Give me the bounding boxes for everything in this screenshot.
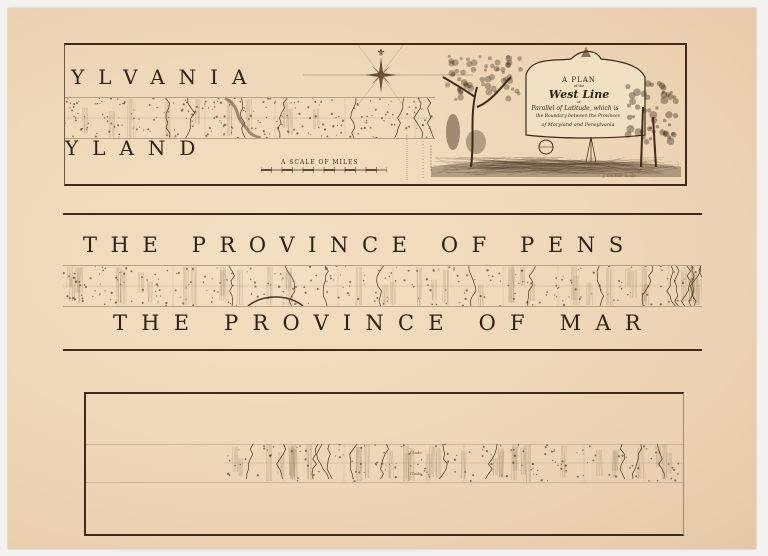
boundary-survey-strip [65,97,435,139]
lower-province-label: YLAND [65,136,209,160]
boundary-survey-strip: Glade Glade [224,444,683,482]
scale-title: A SCALE OF MILES [281,159,359,166]
boundary-survey-strip [63,265,702,307]
cartouche-line-6: the Boundary between the Provinces [515,115,641,120]
scale-bar [261,167,387,173]
glade-label: Glade [410,471,422,476]
svg-text:⚜: ⚜ [377,48,386,59]
upper-province-label: THE PROVINCE OF PENS [83,233,637,257]
map-sheet: YLVANIA ⚜ YLAND A SCALE OF MILES [8,8,756,549]
cartouche-line-7: of Maryland and Pensylvania [515,123,641,128]
cartouche-line-3: West Line [531,89,627,100]
bottom-panel: Glade Glade [84,392,684,536]
parallel-line [86,482,683,483]
upper-province-label: YLVANIA [71,65,260,89]
glade-label: Glade [410,450,422,455]
middle-panel: THE PROVINCE OF PENS THE PROVINCE OF MAR [63,213,702,351]
top-panel: YLVANIA ⚜ YLAND A SCALE OF MILES [64,43,687,186]
cartouche-line-4: or [539,101,619,105]
lower-province-label: THE PROVINCE OF MAR [113,311,655,335]
cartouche-line-5: Parallel of Latitude, which is [515,106,635,112]
cartouche-line-1: A PLAN [539,77,619,84]
engraver-signature: J. Smither Sculp. [603,173,637,178]
title-cartouche: A PLAN of the West Line or Parallel of L… [431,47,681,177]
